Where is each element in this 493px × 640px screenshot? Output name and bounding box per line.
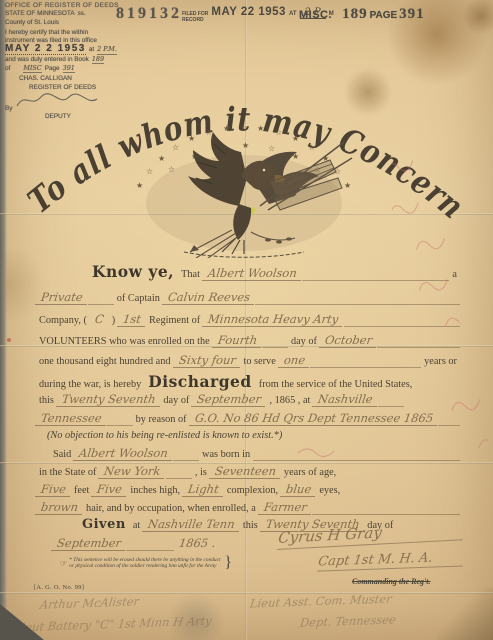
printed-text: by reason of	[136, 414, 187, 425]
printed-text: day of	[163, 395, 189, 406]
page-label: PAGE	[370, 10, 398, 21]
footnote-brace: }	[224, 554, 232, 572]
handwritten-hair: brown	[35, 500, 84, 515]
handwritten-discharge-month: September	[191, 392, 267, 407]
pencil-note-muster-officer: Arthur McAlister	[39, 594, 140, 612]
handwritten-height-inches: Five	[91, 482, 128, 497]
form-line-discharged: during the war, is hereby Discharged fro…	[36, 372, 460, 391]
blank-rule	[173, 446, 199, 461]
blank-rule	[378, 392, 404, 407]
handwritten-rank: Private	[35, 290, 89, 305]
svg-text:☆: ☆	[172, 143, 179, 152]
printed-text: at	[133, 520, 140, 531]
form-line-given-date: September 1865 .	[36, 536, 266, 551]
printed-text: to serve	[243, 356, 275, 367]
footnote-text: * This sentence will be erased should th…	[69, 557, 222, 570]
handwritten-regiment-number: 1st	[117, 312, 147, 327]
printed-text: eyes,	[319, 485, 340, 496]
handwritten-term: one	[278, 353, 311, 368]
blank-rule	[126, 536, 174, 551]
know-ye-heading: Know ye,	[92, 262, 174, 281]
printed-text: That	[181, 269, 200, 280]
printed-text: , 1865 , at	[269, 395, 310, 406]
blank-rule	[302, 262, 450, 281]
printed-text: complexion,	[227, 485, 278, 496]
book-page-reference: MISC. 189 PAGE 391	[299, 6, 425, 23]
folded-corner-bottom-right	[437, 588, 493, 640]
pencil-note-dept: Dept. Tennessee	[299, 612, 397, 629]
svg-text:★: ★	[257, 124, 264, 133]
form-line-company: Company, ( C ) 1st Regiment of Minnesota…	[36, 312, 460, 327]
misc-label: MISC.	[299, 9, 332, 21]
printed-text: from the service of the United States,	[259, 379, 413, 390]
handwritten-given-place: Nashville Tenn	[142, 517, 241, 532]
handwritten-reason: G.O. No 86 Hd Qrs Dept Tennessee 1865	[188, 411, 438, 426]
blank-rule	[377, 333, 460, 348]
handwritten-captain-name: Calvin Reeves	[162, 290, 256, 305]
commanding-the-regt-line: Commanding the Reg't.	[352, 577, 430, 586]
book-number: 189	[342, 6, 368, 23]
stamp-certify-1: I hereby certify that the within	[5, 29, 127, 37]
printed-text: in the State of	[39, 467, 96, 478]
blank-rule	[344, 312, 460, 327]
handwritten-regiment-name: Minnesota Heavy Arty	[202, 312, 344, 327]
svg-text:★: ★	[136, 181, 143, 190]
footnote: ☞ * This sentence will be erased should …	[60, 554, 232, 572]
blank-rule	[253, 446, 460, 461]
handwritten-occupation: Farmer	[258, 500, 313, 515]
printed-text: was born in	[202, 449, 250, 460]
svg-text:★: ★	[188, 134, 195, 143]
handwritten-discharge-day: Twenty Seventh	[56, 392, 162, 407]
filed-label-2: RECORD	[182, 18, 208, 24]
printed-text: hair, and by occupation, when enrolled, …	[86, 503, 256, 514]
form-line-enrolled: VOLUNTEERS who was enrolled on the Fourt…	[36, 333, 460, 348]
printed-text: Regiment of	[149, 315, 200, 326]
form-line-year: one thousand eight hundred and Sixty fou…	[36, 353, 460, 368]
printed-text: years or	[424, 356, 457, 367]
svg-text:☆: ☆	[308, 143, 315, 152]
pointing-hand-icon: ☞	[60, 559, 67, 568]
svg-text:★: ★	[242, 141, 249, 150]
blank-rule	[166, 464, 192, 479]
svg-text:☆: ☆	[275, 128, 282, 137]
handwritten-given-month: September	[51, 536, 127, 551]
handwritten-name-2: Albert Woolson	[73, 446, 174, 461]
blank-rule	[310, 353, 421, 368]
blank-rule	[312, 500, 460, 515]
handwritten-birth-state: New York	[98, 464, 166, 479]
printed-text: this	[243, 520, 258, 531]
pencil-note-battery: Lieut Battery "C" 1st Minn H Arty	[13, 614, 213, 635]
svg-text:☆: ☆	[240, 123, 247, 132]
blank-rule	[438, 411, 460, 426]
handwritten-given-year: 1865 .	[173, 536, 222, 550]
printed-text: VOLUNTEERS who was enrolled on the	[39, 336, 210, 347]
handwritten-company-letter: C	[89, 312, 110, 326]
svg-text:☆: ☆	[168, 165, 175, 174]
pencil-note-muster-title: Lieut Asst. Com. Muster	[249, 591, 393, 610]
filed-at-label: AT	[289, 11, 297, 17]
printed-text: a	[452, 269, 457, 280]
handwritten-place2: Tennessee	[35, 411, 108, 426]
printed-text: (No objection to his being re-enlisted i…	[47, 430, 282, 441]
handwritten-soldier-name: Albert Woolson	[202, 266, 303, 281]
svg-text:★: ★	[223, 124, 230, 133]
filed-date: MAY 22 1953	[211, 6, 286, 18]
svg-text:★: ★	[292, 134, 299, 143]
svg-text:★: ★	[158, 154, 165, 163]
printed-text: of Captain	[117, 293, 160, 304]
stamp-ss: ss.	[78, 10, 86, 18]
form-line-description: Five feet Five inches high, Light comple…	[36, 482, 460, 497]
printed-text: during the war, is hereby	[39, 379, 141, 390]
form-line-discharge-date: this Twenty Seventh day of September , 1…	[36, 392, 460, 407]
form-line-rank: Private of Captain Calvin Reeves	[36, 290, 460, 305]
blank-rule	[107, 411, 133, 426]
discharged-word: Discharged	[148, 372, 252, 391]
handwritten-age: Seventeen	[209, 464, 282, 479]
form-line-occupation: brown hair, and by occupation, when enro…	[36, 500, 460, 515]
blank-rule	[255, 290, 460, 305]
form-line-said: Said Albert Woolson was born in	[36, 446, 460, 461]
form-line-reason: Tennessee by reason of G.O. No 86 Hd Qrs…	[36, 411, 460, 426]
blank-rule	[262, 333, 288, 348]
form-line-birth-state: in the State of New York , is Seventeen …	[36, 464, 460, 479]
handwritten-discharge-place: Nashville	[312, 392, 379, 407]
stamp-county: County of St. Louis	[5, 19, 75, 27]
printed-text: )	[112, 315, 115, 326]
ago-reference: [A. G. O. No. 99]	[34, 584, 84, 591]
printed-text: day of	[291, 336, 317, 347]
svg-text:☆: ☆	[205, 128, 212, 137]
discharge-certificate-scan: OFFICE OF REGISTER OF DEEDS STATE OF MIN…	[0, 0, 493, 640]
printed-text: Company, (	[39, 315, 87, 326]
form-line-know-ye: Know ye, That Albert Woolson a	[36, 262, 460, 281]
handwritten-height-feet: Five	[35, 482, 72, 497]
commanding-officer-rank: Capt 1st M. H. A.	[317, 549, 465, 571]
printed-text: years of age,	[284, 467, 336, 478]
form-line-no-objection: (No objection to his being re-enlisted i…	[36, 430, 460, 441]
printed-text: , is	[195, 467, 207, 478]
handwritten-enroll-day: Fourth	[212, 333, 263, 348]
handwritten-eyes: blue	[280, 482, 317, 497]
svg-text:★: ★	[344, 181, 351, 190]
printed-text: feet	[74, 485, 89, 496]
handwritten-enroll-year: Sixty four	[172, 353, 241, 368]
handwritten-complexion: Light	[182, 482, 225, 497]
page-number: 391	[399, 6, 425, 23]
svg-text:☆: ☆	[268, 144, 275, 153]
svg-text:☆: ☆	[146, 167, 153, 176]
printed-text: inches high,	[130, 485, 180, 496]
printed-text: one thousand eight hundred and	[39, 356, 171, 367]
eagle-with-stars-engraving: ★☆★ ☆★☆ ★☆★ ☆★☆ ★☆★ ☆★☆ ★☆★☆	[118, 118, 370, 258]
instrument-number: 819132	[116, 5, 182, 23]
printed-text: Said	[53, 449, 71, 460]
stamp-state: STATE OF MINNESOTA	[5, 10, 75, 18]
red-pencil-dot	[7, 338, 11, 342]
printed-text: this	[39, 395, 54, 406]
handwritten-enroll-month: October	[319, 333, 378, 348]
blank-rule	[88, 290, 114, 305]
given-word: Given	[82, 517, 126, 532]
